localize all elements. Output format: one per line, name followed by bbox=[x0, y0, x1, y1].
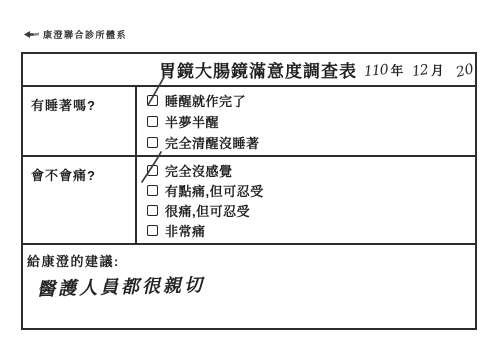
form-title: 胃鏡大腸鏡滿意度調查表 bbox=[159, 57, 357, 82]
option-label: 非常痛 bbox=[165, 221, 206, 240]
checkbox-slept-through[interactable] bbox=[147, 95, 158, 106]
checkbox-no-feeling[interactable] bbox=[147, 165, 158, 176]
option-label: 完全清醒沒睡著 bbox=[165, 133, 260, 152]
survey-form-table: 胃鏡大腸鏡滿意度調查表 110 年 12 月 20 有睡著嗎? 睡醒就作完了 半… bbox=[21, 52, 477, 330]
option-row: 完全沒感覺 bbox=[147, 160, 475, 180]
option-row: 半夢半醒 bbox=[147, 111, 475, 132]
options-pain: 完全沒感覺 有點痛,但可忍受 很痛,但可忍受 非常痛 bbox=[137, 157, 475, 243]
option-label: 睡醒就作完了 bbox=[165, 91, 246, 110]
checkbox-slight-pain[interactable] bbox=[147, 185, 158, 196]
option-row: 很痛,但可忍受 bbox=[147, 200, 475, 220]
question-label-sleep: 有睡著嗎? bbox=[23, 87, 137, 155]
suggestion-row: 給康澄的建議: 醫護人員都很親切 bbox=[23, 245, 475, 299]
option-row: 有點痛,但可忍受 bbox=[147, 180, 475, 200]
option-label: 有點痛,但可忍受 bbox=[165, 181, 264, 200]
options-sleep: 睡醒就作完了 半夢半醒 完全清醒沒睡著 bbox=[137, 87, 475, 155]
form-date: 110 年 12 月 20 bbox=[364, 61, 473, 79]
option-row: 睡醒就作完了 bbox=[147, 90, 475, 111]
option-label: 很痛,但可忍受 bbox=[165, 201, 250, 220]
handwritten-year: 110 bbox=[363, 61, 388, 79]
question-label-pain: 會不會痛? bbox=[23, 157, 137, 243]
year-unit-label: 年 bbox=[391, 61, 404, 79]
checkbox-very-painful-bearable[interactable] bbox=[147, 205, 158, 216]
clinic-name: 康澄聯合診所體系 bbox=[43, 28, 127, 41]
option-label: 完全沒感覺 bbox=[165, 161, 233, 180]
option-row: 非常痛 bbox=[147, 220, 475, 240]
question-row-pain: 會不會痛? 完全沒感覺 有點痛,但可忍受 很痛,但可忍受 非常痛 bbox=[23, 157, 475, 245]
handwritten-day: 20 bbox=[454, 61, 475, 81]
left-arrow-swoosh-icon bbox=[24, 25, 39, 43]
month-unit-label: 月 bbox=[431, 61, 444, 79]
handwritten-suggestion: 醫護人員都很親切 bbox=[37, 271, 206, 301]
option-row: 完全清醒沒睡著 bbox=[147, 132, 475, 153]
scanned-survey-form: { "clinic": { "logo_text": "康澄聯合診所體系", "… bbox=[0, 0, 480, 360]
suggestion-label: 給康澄的建議: bbox=[27, 251, 475, 270]
checkbox-half-asleep[interactable] bbox=[147, 116, 158, 127]
checkbox-fully-awake[interactable] bbox=[147, 137, 158, 148]
handwritten-month: 12 bbox=[411, 61, 429, 79]
title-row: 胃鏡大腸鏡滿意度調查表 110 年 12 月 20 bbox=[23, 54, 475, 87]
question-row-sleep: 有睡著嗎? 睡醒就作完了 半夢半醒 完全清醒沒睡著 bbox=[23, 87, 475, 157]
clinic-logo: 康澄聯合診所體系 bbox=[24, 25, 127, 43]
checkbox-extremely-painful[interactable] bbox=[147, 225, 158, 236]
option-label: 半夢半醒 bbox=[165, 112, 219, 131]
